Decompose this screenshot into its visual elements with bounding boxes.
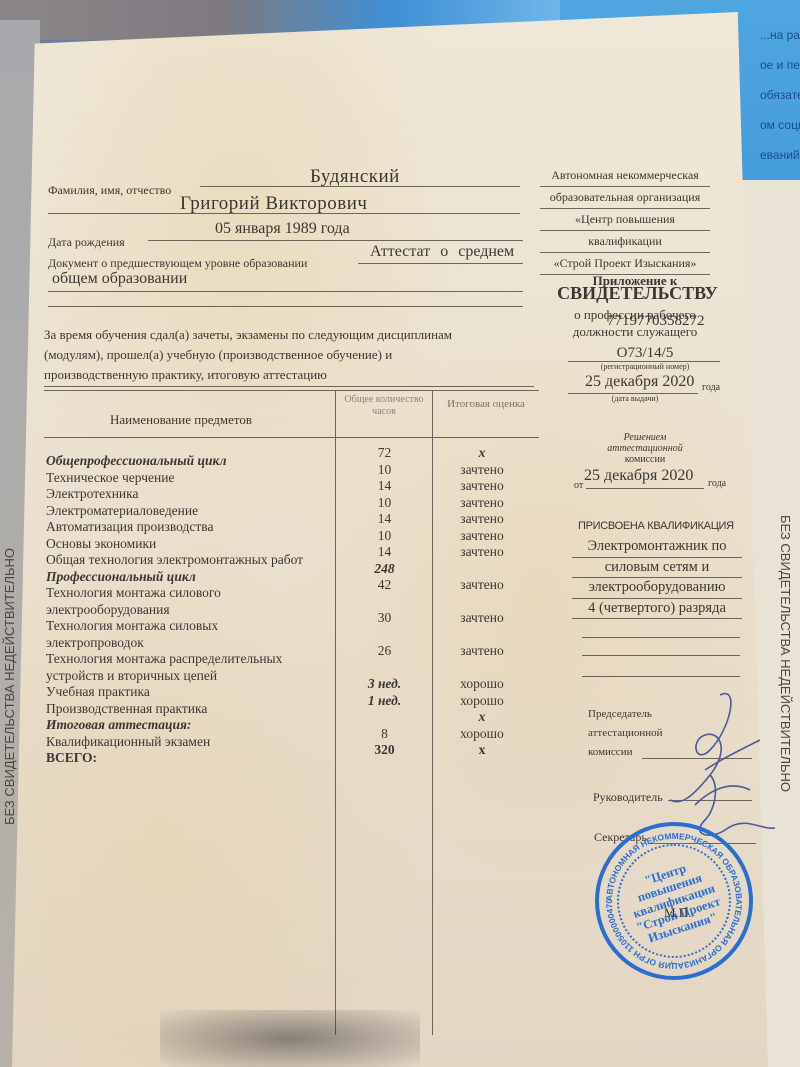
decision-date: 25 декабря 2020 — [584, 467, 693, 485]
org-line: Автономная некоммерческая — [540, 165, 710, 187]
prev-doc-label: Документ о предшествующем уровне образов… — [48, 256, 307, 271]
hours-cell — [337, 708, 432, 725]
subject-cell: Электротехника — [46, 485, 336, 502]
hours-cell: 72 — [337, 444, 432, 461]
grade-cell — [432, 593, 532, 610]
hours-cell: 10 — [337, 494, 432, 511]
hours-cell: 10 — [337, 461, 432, 478]
hours-cell: 1 нед. — [337, 692, 432, 709]
subject-cell: Учебная практика — [46, 683, 336, 700]
subject-cell: Производственная практика — [46, 700, 336, 717]
hours-column: 721014101410142484230263 нед.1 нед.8320 — [337, 444, 432, 758]
leaflet-line: еваний" — [760, 140, 800, 170]
hours-cell: 14 — [337, 477, 432, 494]
qualification-line: силовым сетям и — [572, 558, 742, 579]
intro-text: За время обучения сдал(а) зачеты, экзаме… — [44, 325, 544, 385]
birth-date: 05 января 1989 года — [215, 220, 350, 238]
decision-label: Решением аттестационной комиссии — [590, 432, 700, 465]
grade-cell: зачтено — [432, 576, 532, 593]
hours-cell — [337, 659, 432, 676]
grade-cell: зачтено — [432, 642, 532, 659]
name-patronymic: Григорий Викторович — [180, 193, 367, 215]
appendix-title: СВИДЕТЕЛЬСТВУ — [555, 283, 720, 304]
grade-cell: зачтено — [432, 609, 532, 626]
grade-cell — [432, 659, 532, 676]
certificate-number: 7719770358272 — [607, 313, 705, 330]
qualification-value: Электромонтажник по силовым сетям и элек… — [572, 537, 742, 619]
hours-cell: 14 — [337, 510, 432, 527]
subject-cell: Технология монтажа силового — [46, 584, 336, 601]
issue-date-label: (дата выдачи) — [570, 394, 700, 403]
prev-doc-value-cont: общем образовании — [52, 270, 187, 288]
grades-column: xзачтенозачтенозачтенозачтенозачтенозачт… — [432, 444, 532, 758]
grade-cell: хорошо — [432, 675, 532, 692]
reg-number: О73/14/5 — [570, 345, 720, 362]
grade-cell: хорошо — [432, 692, 532, 709]
decision-suffix: года — [708, 478, 726, 489]
intro-line: За время обучения сдал(а) зачеты, экзаме… — [44, 325, 544, 345]
header-hours: Общее количество часов — [338, 394, 430, 418]
decision-line: аттестационной — [590, 443, 700, 454]
side-text-left: БЕЗ СВИДЕТЕЛЬСТВА НЕДЕЙСТВИТЕЛЬНО — [2, 548, 17, 825]
hours-cell: 14 — [337, 543, 432, 560]
issue-year-suffix: года — [702, 382, 720, 393]
hours-cell: 8 — [337, 725, 432, 742]
grade-cell: x — [432, 708, 532, 725]
subject-cell: Общепрофессиональный цикл — [46, 452, 336, 469]
hours-cell: 3 нед. — [337, 675, 432, 692]
subject-cell: ВСЕГО: — [46, 749, 336, 766]
intro-line: (модулям), прошел(а) учебную (производст… — [44, 345, 544, 365]
subject-cell: устройств и вторичных цепей — [46, 667, 336, 684]
hours-cell: 42 — [337, 576, 432, 593]
org-line: «Центр повышения — [540, 209, 710, 231]
qualification-label: ПРИСВОЕНА КВАЛИФИКАЦИЯ — [578, 520, 734, 532]
surname: Будянский — [310, 166, 400, 188]
grade-cell: зачтено — [432, 543, 532, 560]
decision-from: от — [574, 480, 583, 491]
shadow — [160, 1010, 420, 1067]
header-subject: Наименование предметов — [110, 412, 252, 428]
qualification-line: 4 (четвертого) разряда — [572, 599, 742, 620]
subject-cell: Профессиональный цикл — [46, 568, 336, 585]
fio-label: Фамилия, имя, отчество — [48, 183, 171, 198]
prev-doc-value: Аттестат о среднем — [370, 243, 514, 261]
org-line: «Строй Проект Изыскания» — [540, 253, 710, 275]
org-line: квалификации — [540, 231, 710, 253]
header-grade: Итоговая оценка — [436, 398, 536, 411]
hours-cell: 248 — [337, 560, 432, 577]
subject-cell: электропроводок — [46, 634, 336, 651]
subjects-column: Общепрофессиональный циклТехническое чер… — [46, 452, 336, 766]
stamp-place: М.П. — [664, 905, 691, 921]
grade-cell: зачтено — [432, 477, 532, 494]
grade-cell — [432, 626, 532, 643]
subject-cell: Итоговая аттестация: — [46, 716, 336, 733]
subject-cell: электрооборудования — [46, 601, 336, 618]
hours-cell: 320 — [337, 741, 432, 758]
grade-cell — [432, 560, 532, 577]
qualification-line: Электромонтажник по — [572, 537, 742, 558]
subject-cell: Электроматериаловедение — [46, 502, 336, 519]
subject-cell: Технология монтажа распределительных — [46, 650, 336, 667]
leaflet-line: ...на рабо... — [760, 20, 800, 50]
subject-cell: Общая технология электромонтажных работ — [46, 551, 336, 568]
grade-cell: зачтено — [432, 510, 532, 527]
hours-cell — [337, 626, 432, 643]
intro-line: производственную практику, итоговую атте… — [44, 365, 544, 385]
issue-date: 25 декабря 2020 — [585, 373, 694, 391]
subject-cell: Автоматизация производства — [46, 518, 336, 535]
reg-number-label: (регистрационный номер) — [570, 362, 720, 371]
grade-cell: зачтено — [432, 527, 532, 544]
subject-cell: Технология монтажа силовых — [46, 617, 336, 634]
decision-line: Решением — [590, 432, 700, 443]
side-text-right: БЕЗ СВИДЕТЕЛЬСТВА НЕДЕЙСТВИТЕЛЬНО — [778, 515, 793, 792]
decision-line: комиссии — [590, 454, 700, 465]
grade-cell: зачтено — [432, 494, 532, 511]
grade-cell: хорошо — [432, 725, 532, 742]
hours-cell — [337, 593, 432, 610]
org-line: образовательная организация — [540, 187, 710, 209]
grade-cell: зачтено — [432, 461, 532, 478]
grade-cell: x — [432, 741, 532, 758]
hours-cell: 10 — [337, 527, 432, 544]
subject-cell: Основы экономики — [46, 535, 336, 552]
leaflet-line: ом социа — [760, 110, 800, 140]
birth-label: Дата рождения — [48, 235, 125, 250]
leaflet-line: ое и пенс — [760, 50, 800, 80]
grade-cell: x — [432, 444, 532, 461]
subject-cell: Техническое черчение — [46, 469, 336, 486]
subject-cell: Квалификационный экзамен — [46, 733, 336, 750]
organization-block: Автономная некоммерческая образовательна… — [540, 165, 710, 275]
organization-stamp: АВТОНОМНАЯ НЕКОММЕРЧЕСКАЯ ОБРАЗОВАТЕЛЬНА… — [595, 822, 753, 980]
hours-cell: 26 — [337, 642, 432, 659]
qualification-line: электрооборудованию — [572, 578, 742, 599]
hours-cell: 30 — [337, 609, 432, 626]
leaflet-line: обязате — [760, 80, 800, 110]
